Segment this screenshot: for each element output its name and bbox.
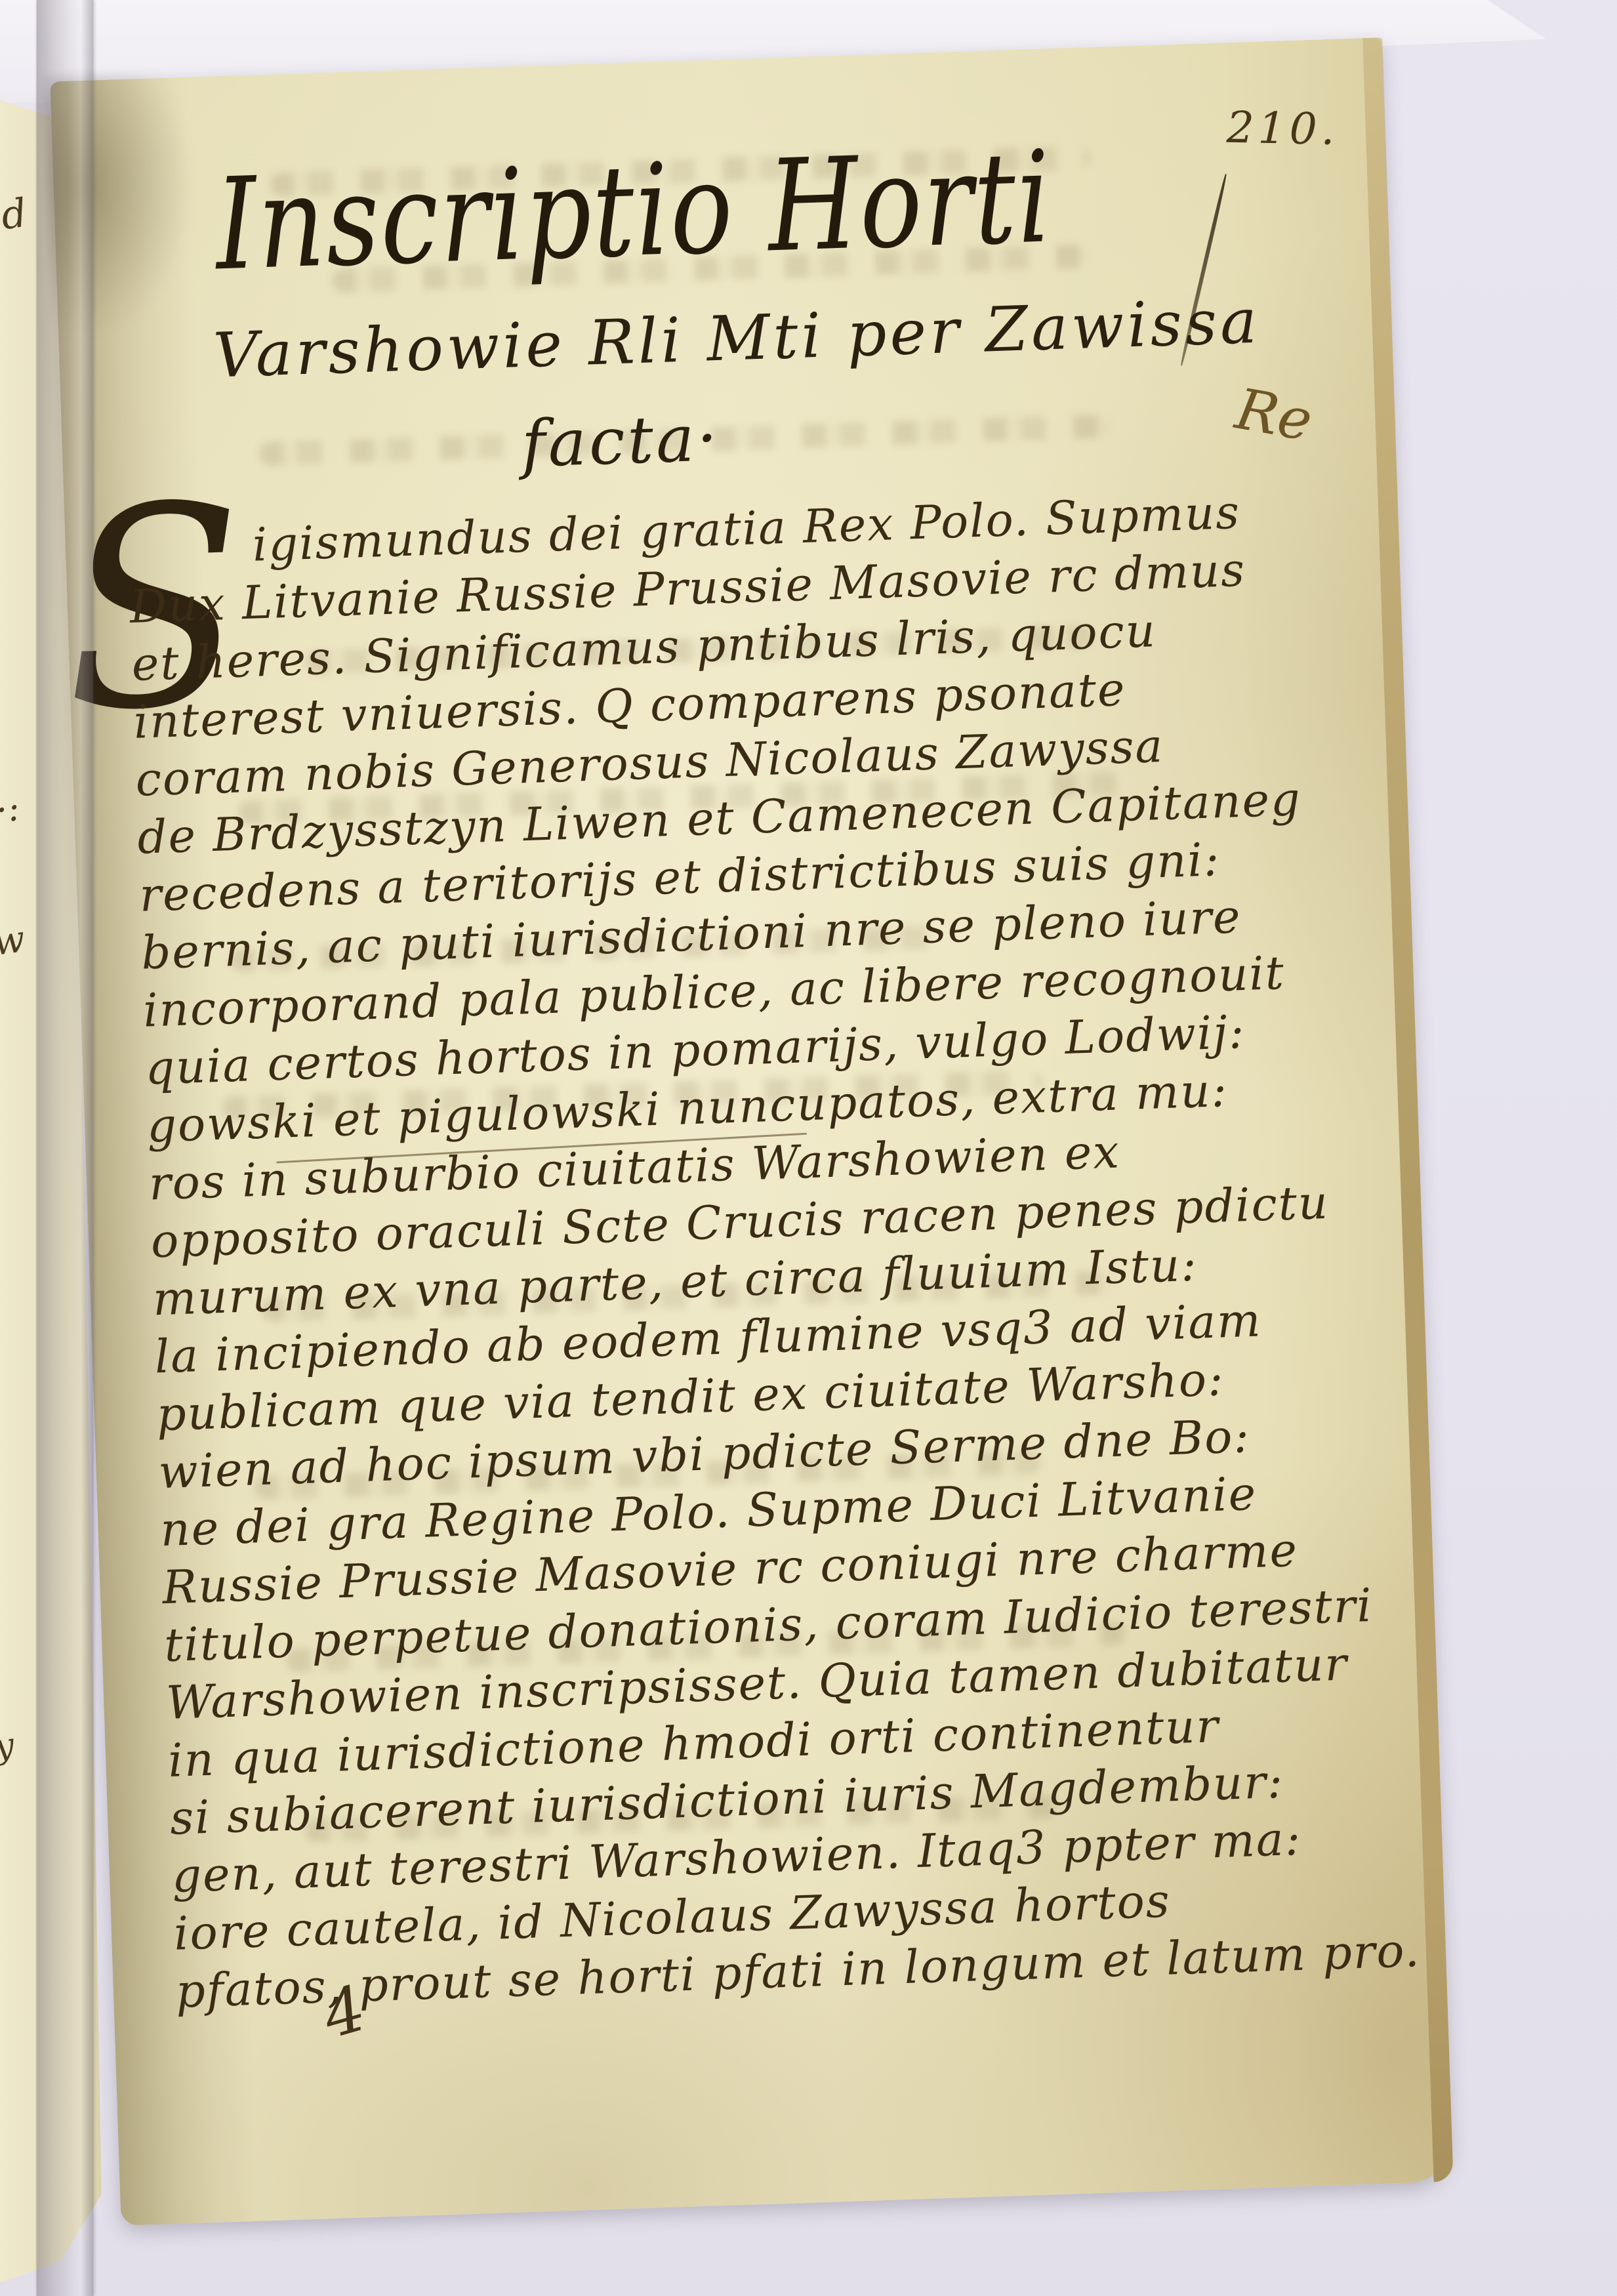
- title-line-2: Varshowie Rli Mti per Zawissa: [213, 286, 1261, 392]
- page-holder-strip: [37, 0, 93, 2296]
- gutter-ink-mark: ·:: [0, 787, 22, 831]
- margin-mark: Re: [1231, 377, 1317, 455]
- title-line-3: facta·: [520, 401, 721, 482]
- body-text: igismundus dei gratia Rex Polo. SupmusDu…: [127, 478, 1443, 2020]
- gutter-ink-mark: w: [0, 918, 28, 964]
- title-line-1: Inscriptio Horti: [213, 124, 1054, 299]
- gutter-ink-mark: y: [0, 1725, 16, 1767]
- manuscript-page: 210. Inscriptio Horti Varshowie Rli Mti …: [50, 37, 1452, 2226]
- gutter-ink-mark: d: [0, 190, 30, 239]
- manuscript-scan: d ·: w y 210. Inscriptio Horti Varshowie…: [0, 0, 1617, 2296]
- folio-number: 210.: [1226, 102, 1339, 155]
